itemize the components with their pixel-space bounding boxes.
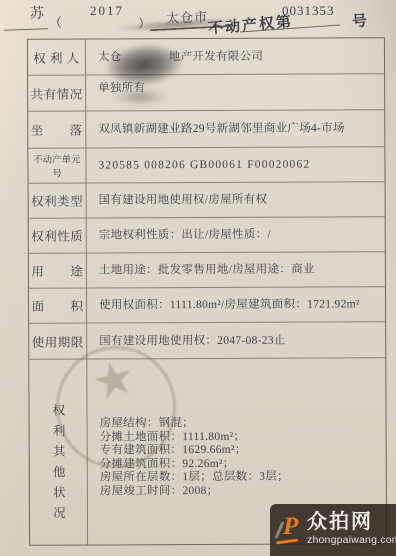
watermark-site-url: zhongpaiwang.com [307, 535, 396, 546]
row-value-location: 双凤镇新湖建业路29号新湖邻里商业广场4-市场 [86, 110, 384, 147]
watermark-site-name: 众拍网 [307, 512, 373, 532]
certificate-serial-number: 0031353 [282, 3, 335, 19]
row-label-right-nature: 权利性质 [29, 219, 87, 253]
other-line-floor: 房屋所在层数：1层；总层数：3层； [100, 470, 386, 485]
row-label-location: 坐 落 [28, 112, 86, 148]
table-row-location: 坐 落 双凤镇新湖建业路29号新湖邻里商业广场4-市场 [28, 110, 384, 149]
certificate-table: 权 利 人 太仓 地产开发有限公司 共有情况 单独所有 坐 落 双凤镇新湖建业路… [27, 37, 387, 546]
row-label-term: 使用期限 [29, 324, 87, 359]
header-year: 2017 [90, 3, 124, 19]
zhongpai-logo-icon: P [276, 513, 302, 545]
table-row-right-nature: 权利性质 宗地权利性质：出让/房屋性质：/ [29, 217, 385, 254]
table-row-right-type: 权利类型 国有建设用地使用权/房屋所有权 [29, 182, 385, 219]
row-value-right-type: 国有建设用地使用权/房屋所有权 [87, 182, 385, 217]
row-value-right-nature: 宗地权利性质：出让/房屋性质：/ [87, 217, 385, 252]
row-label-coownership: 共有情况 [28, 76, 86, 111]
row-label-usage: 用 途 [29, 254, 87, 288]
row-value-area: 使用权面积：1111.80m²/房屋建筑面积：1721.92m² [87, 287, 385, 322]
row-label-unit-number: 不动产单元号 [28, 149, 86, 183]
row-label-right-type: 权利类型 [29, 184, 87, 218]
table-row-usage: 用 途 土地用途：批发零售用地/房屋用途：商业 [29, 252, 385, 289]
header-city: 太仓市 [166, 6, 209, 26]
logo-p-letter: P [283, 513, 298, 541]
header-underline-left [4, 28, 48, 31]
table-row-coownership: 共有情况 单独所有 [28, 74, 384, 112]
row-label-owner: 权 利 人 [28, 40, 86, 75]
table-row-area: 面 积 使用权面积：1111.80m²/房屋建筑面积：1721.92m² [29, 287, 385, 324]
certificate-title: 不动产权第 [207, 10, 294, 38]
other-line-completion-year: 房屋竣工时间：2008； [100, 484, 386, 499]
row-value-unit-number: 320585 008206 GB00061 F00020062 [86, 147, 384, 182]
header-open-paren: （ [49, 12, 62, 31]
table-row-owner: 权 利 人 太仓 地产开发有限公司 [28, 38, 384, 76]
table-row-unit-number: 不动产单元号 320585 008206 GB00061 F00020062 [28, 147, 384, 184]
header-province: 苏 [30, 3, 46, 23]
table-row-term: 使用期限 国有建设用地使用权：2047-08-23止 [29, 322, 385, 360]
zhongpaiwang-watermark: P 众拍网 zhongpaiwang.com [270, 504, 396, 556]
row-value-usage: 土地用途：批发零售用地/房屋用途：商业 [87, 252, 385, 287]
redaction-scribble-smudge [112, 88, 168, 106]
header-number-suffix: 号 [351, 10, 367, 32]
logo-swoosh-stroke [276, 538, 298, 544]
row-label-area: 面 积 [29, 289, 87, 323]
